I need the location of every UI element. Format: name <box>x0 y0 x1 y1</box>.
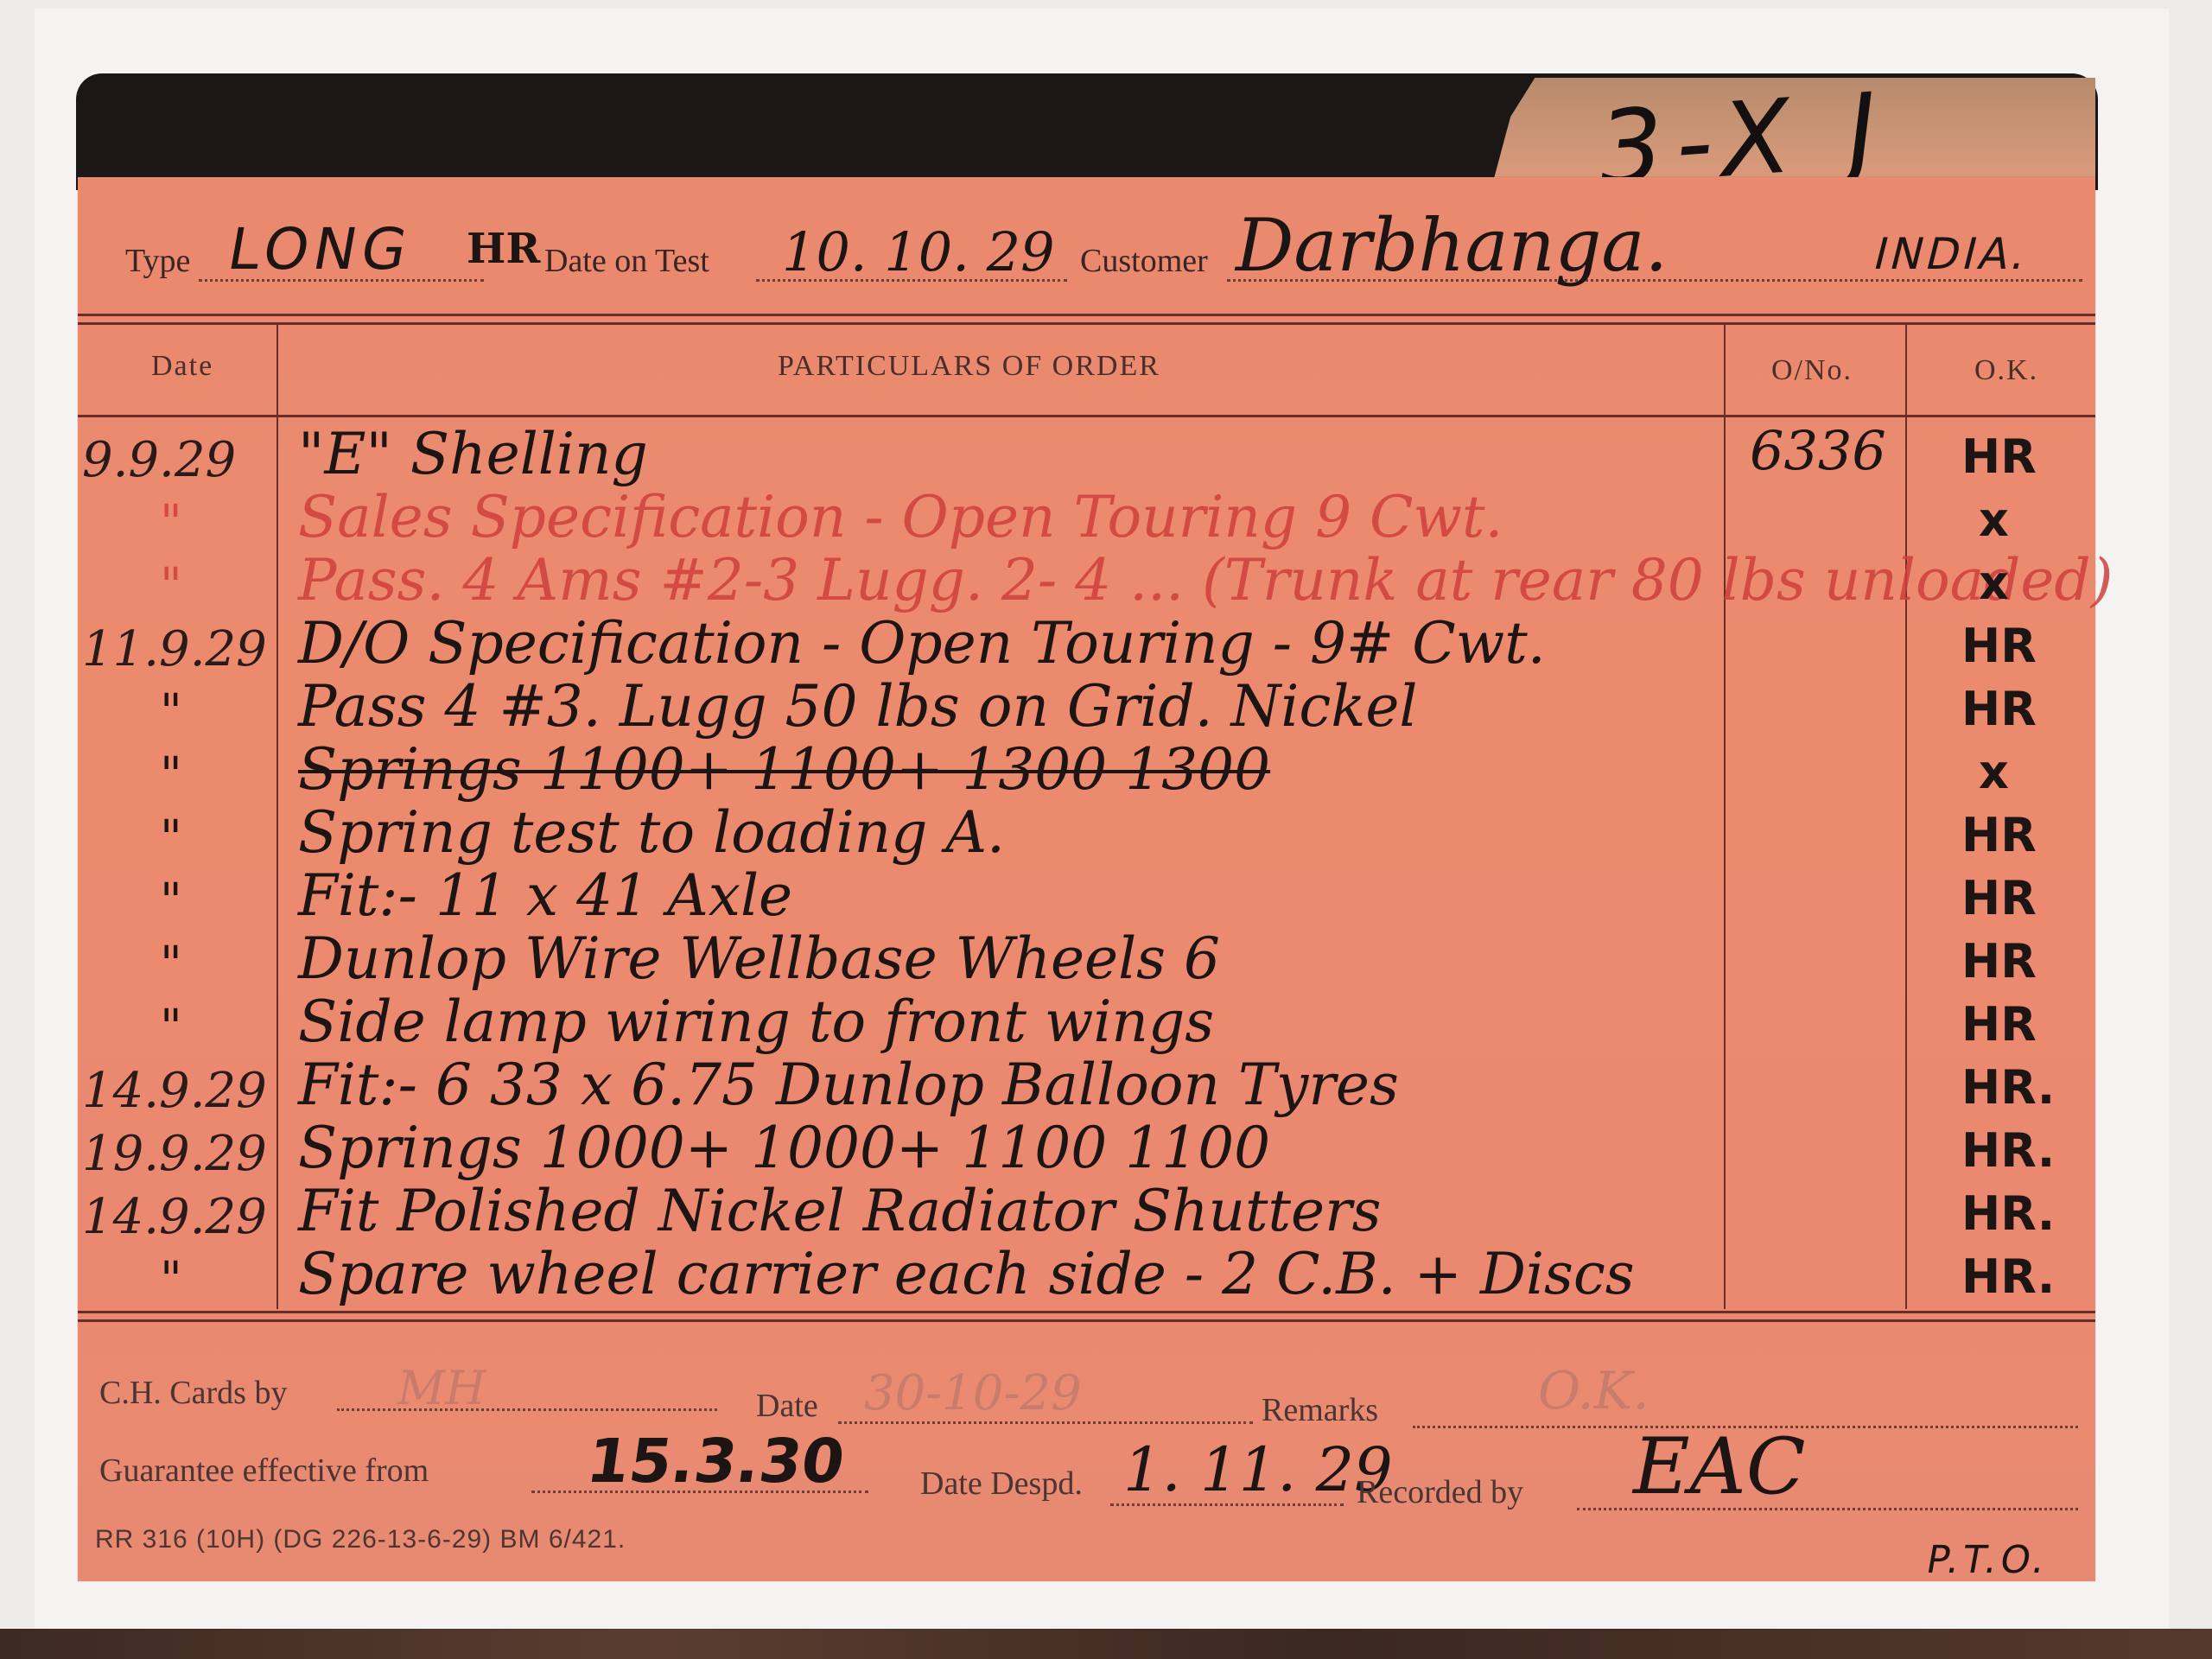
row-particulars: Fit:- 11 x 41 Axle <box>298 862 792 929</box>
row-particulars: Spring test to loading A. <box>298 799 1005 866</box>
row-ok-initials: HR <box>1961 997 2037 1052</box>
row-ok-initials: HR <box>1961 808 2037 862</box>
row-date: 14.9.29 <box>82 1063 267 1119</box>
customer-country: INDIA. <box>1869 229 2036 279</box>
orderno-column-divider <box>1905 324 1907 1309</box>
row-particulars: Spare wheel carrier each side - 2 C.B. +… <box>298 1241 1635 1307</box>
footer-date-dots <box>838 1421 1253 1424</box>
form-code: RR 316 (10H) (DG 226-13-6-29) BM 6/421. <box>95 1525 626 1554</box>
row-date: 19.9.29 <box>82 1126 267 1182</box>
row-date: " <box>160 558 182 614</box>
column-header-order-no: O/No. <box>1771 354 1853 387</box>
row-ok-cross: x <box>1979 745 2009 799</box>
column-header-ok: O.K. <box>1974 354 2038 387</box>
type-initials: HR <box>467 225 540 273</box>
row-particulars: D/O Specification - Open Touring - 9# Cw… <box>298 610 1546 677</box>
row-particulars: "E" Shelling <box>298 421 648 487</box>
remarks-value: O.K. <box>1538 1361 1649 1421</box>
row-date: 11.9.29 <box>82 621 267 677</box>
column-header-particulars: PARTICULARS OF ORDER <box>778 350 1160 383</box>
date-despatched-value: 1. 11. 29 <box>1123 1434 1393 1505</box>
customer-label: Customer <box>1080 242 1208 280</box>
row-date: " <box>160 684 182 741</box>
remarks-label: Remarks <box>1262 1391 1378 1429</box>
type-value: LONG <box>223 216 416 283</box>
row-particulars: Fit:- 6 33 x 6.75 Dunlop Balloon Tyres <box>298 1052 1399 1118</box>
body-rule-top <box>78 1311 2095 1313</box>
row-date: " <box>160 747 182 804</box>
row-ok-initials: HR <box>1961 429 2037 484</box>
date-despatched-label: Date Despd. <box>920 1465 1083 1503</box>
row-particulars: Fit Polished Nickel Radiator Shutters <box>298 1178 1382 1244</box>
header-rule-bottom <box>78 322 2095 325</box>
row-date: " <box>160 1252 182 1308</box>
row-ok-cross: x <box>1979 556 2009 610</box>
row-date: " <box>160 810 182 867</box>
date-column-divider <box>276 324 278 1309</box>
row-particulars: Springs 1000+ 1000+ 1100 1100 <box>298 1115 1270 1181</box>
row-date: " <box>160 1000 182 1056</box>
row-particulars: Side lamp wiring to front wings <box>298 988 1214 1055</box>
row-particulars: Sales Specification - Open Touring 9 Cwt… <box>298 484 1503 550</box>
column-header-rule <box>78 415 2095 417</box>
row-ok-initials: HR. <box>1961 1249 2055 1304</box>
date-on-test-value: 10. 10. 29 <box>782 220 1055 283</box>
row-ok-initials: HR. <box>1961 1060 2055 1115</box>
body-rule-bottom <box>78 1319 2095 1322</box>
row-date: 9.9.29 <box>82 432 236 488</box>
row-particulars: Pass. 4 Ams #2-3 Lugg. 2- 4 ... (Trunk a… <box>298 547 2113 613</box>
row-ok-initials: HR <box>1961 934 2037 988</box>
row-ok-initials: HR <box>1961 682 2037 736</box>
row-ok-cross: x <box>1979 493 2009 547</box>
header-rule-top <box>78 314 2095 316</box>
row-ok-initials: HR <box>1961 871 2037 925</box>
ch-cards-label: C.H. Cards by <box>99 1374 287 1412</box>
guarantee-value: 15.3.30 <box>582 1426 849 1497</box>
type-label: Type <box>125 242 190 280</box>
row-ok-initials: HR. <box>1961 1186 2055 1241</box>
table-surface <box>0 1629 2212 1659</box>
recorded-by-label: Recorded by <box>1357 1473 1523 1511</box>
date-on-test-label: Date on Test <box>544 242 709 280</box>
row-date: 14.9.29 <box>82 1189 267 1245</box>
column-header-date: Date <box>151 350 213 383</box>
particulars-column-divider <box>1724 324 1726 1309</box>
row-ok-initials: HR. <box>1961 1123 2055 1178</box>
row-particulars: Dunlop Wire Wellbase Wheels 6 <box>298 925 1220 992</box>
build-record-card: Type LONG HR Date on Test 10. 10. 29 Cus… <box>78 177 2095 1581</box>
ch-cards-dots <box>337 1408 717 1411</box>
row-particulars: Pass 4 #3. Lugg 50 lbs on Grid. Nickel <box>298 673 1418 740</box>
row-date: " <box>160 495 182 551</box>
row-order-number: 6336 <box>1750 419 1886 482</box>
footer-date-value: 30-10-29 <box>864 1365 1082 1421</box>
row-date: " <box>160 937 182 993</box>
ch-cards-value: MH <box>397 1361 486 1415</box>
recorded-by-signature: EAC <box>1633 1421 1806 1512</box>
row-particulars: Springs 1100+ 1100+ 1300 1300 <box>298 736 1270 803</box>
guarantee-label: Guarantee effective from <box>99 1452 429 1490</box>
customer-value: Darbhanga. <box>1236 203 1668 288</box>
row-ok-initials: HR <box>1961 619 2037 673</box>
pto-note: P.T.O. <box>1923 1538 2052 1582</box>
footer-date-label: Date <box>756 1387 818 1425</box>
row-date: " <box>160 874 182 930</box>
